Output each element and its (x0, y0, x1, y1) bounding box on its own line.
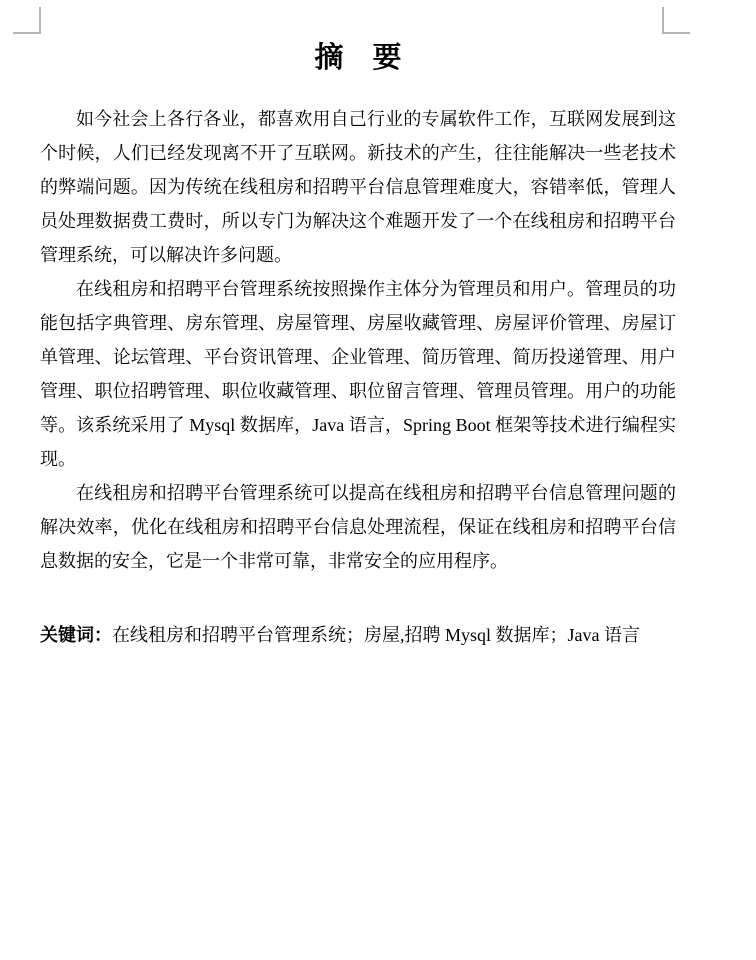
abstract-paragraph-3: 在线租房和招聘平台管理系统可以提高在线租房和招聘平台信息管理问题的解决效率，优化… (40, 476, 676, 578)
document-page: 摘 要 如今社会上各行各业，都喜欢用自己行业的专属软件工作，互联网发展到这个时候… (0, 0, 756, 960)
abstract-content: 摘 要 如今社会上各行各业，都喜欢用自己行业的专属软件工作，互联网发展到这个时候… (40, 38, 676, 652)
keywords-text: 在线租房和招聘平台管理系统；房屋,招聘 Mysql 数据库；Java 语言 (112, 625, 640, 645)
text-boundary-mark-top-right (662, 7, 690, 34)
abstract-paragraph-2: 在线租房和招聘平台管理系统按照操作主体分为管理员和用户。管理员的功能包括字典管理… (40, 272, 676, 476)
keywords-line: 关键词：在线租房和招聘平台管理系统；房屋,招聘 Mysql 数据库；Java 语… (40, 618, 676, 652)
abstract-paragraph-1: 如今社会上各行各业，都喜欢用自己行业的专属软件工作，互联网发展到这个时候，人们已… (40, 102, 676, 272)
abstract-title: 摘 要 (40, 38, 676, 78)
keywords-label: 关键词： (40, 625, 112, 645)
text-boundary-mark-top-left (13, 7, 41, 34)
